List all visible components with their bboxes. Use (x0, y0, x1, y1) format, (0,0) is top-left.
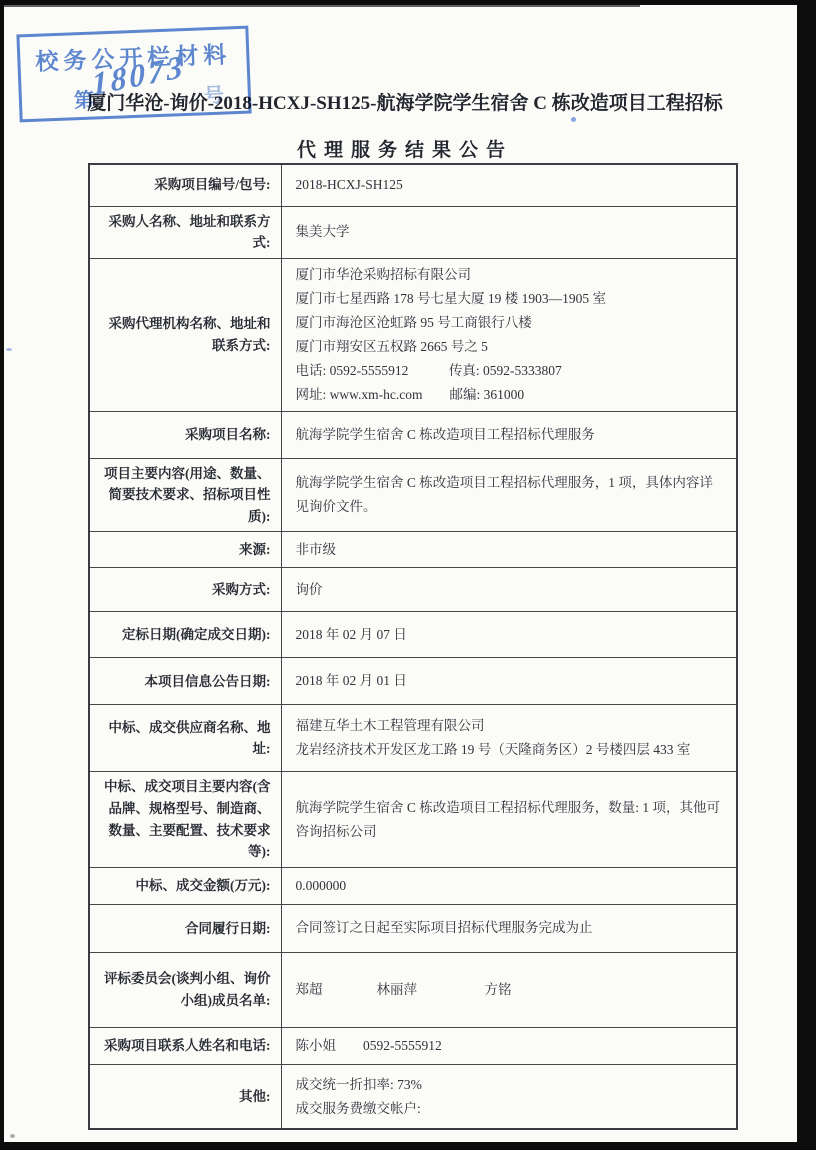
value-line: 福建互华土木工程管理有限公司 (296, 714, 727, 738)
row-label: 来源: (89, 532, 281, 568)
row-value: 航海学院学生宿舍 C 栋改造项目工程招标代理服务 (281, 411, 737, 458)
row-label: 采购人名称、地址和联系方式: (89, 206, 281, 258)
table-row: 其他:成交统一折扣率: 73%成交服务费缴交帐户: (89, 1064, 737, 1129)
row-label: 采购项目名称: (89, 411, 281, 458)
value-line: 电话: 0592-5555912 传真: 0592-5333807 (296, 359, 727, 383)
table-row: 来源:非市级 (89, 532, 737, 568)
row-label: 中标、成交供应商名称、地址: (89, 705, 281, 772)
value-line: 2018 年 02 月 01 日 (296, 669, 727, 693)
row-value: 航海学院学生宿舍 C 栋改造项目工程招标代理服务，1 项，具体内容详见询价文件。 (281, 458, 737, 532)
table-row: 合同履行日期:合同签订之日起至实际项目招标代理服务完成为止 (89, 904, 737, 952)
row-label: 采购项目编号/包号: (89, 164, 281, 206)
row-value: 合同签订之日起至实际项目招标代理服务完成为止 (281, 904, 737, 952)
value-line: 2018-HCXJ-SH125 (296, 173, 727, 197)
table-row: 中标、成交金额(万元):0.000000 (89, 867, 737, 904)
row-value: 2018 年 02 月 01 日 (281, 658, 737, 705)
scanned-document-page: 校务公开栏材料 第 号 18073 厦门华沧-询价-2018-HCXJ-SH12… (0, 0, 816, 1150)
value-line: 航海学院学生宿舍 C 栋改造项目工程招标代理服务，1 项，具体内容详见询价文件。 (296, 471, 727, 519)
value-line: 网址: www.xm-hc.com 邮编: 361000 (296, 383, 727, 407)
row-value: 2018 年 02 月 07 日 (281, 612, 737, 658)
ink-speck (6, 348, 12, 351)
value-line: 龙岩经济技术开发区龙工路 19 号（天隆商务区）2 号楼四层 433 室 (296, 738, 727, 762)
row-value: 成交统一折扣率: 73%成交服务费缴交帐户: (281, 1064, 737, 1129)
row-label: 中标、成交项目主要内容(含品牌、规格型号、制造商、数量、主要配置、技术要求等): (89, 772, 281, 867)
row-label: 定标日期(确定成交日期): (89, 612, 281, 658)
row-label: 其他: (89, 1064, 281, 1129)
row-label: 采购代理机构名称、地址和联系方式: (89, 258, 281, 411)
table-row: 中标、成交项目主要内容(含品牌、规格型号、制造商、数量、主要配置、技术要求等):… (89, 772, 737, 867)
row-label: 项目主要内容(用途、数量、简要技术要求、招标项目性质): (89, 458, 281, 532)
value-line: 合同签订之日起至实际项目招标代理服务完成为止 (296, 916, 727, 940)
row-value: 0.000000 (281, 867, 737, 904)
value-line: 2018 年 02 月 07 日 (296, 623, 727, 647)
registration-stamp: 校务公开栏材料 第 号 18073 (16, 26, 251, 123)
announcement-table: 采购项目编号/包号:2018-HCXJ-SH125采购人名称、地址和联系方式:集… (88, 163, 738, 1130)
table-row: 采购方式:询价 (89, 568, 737, 612)
ink-speck (10, 1134, 15, 1138)
row-label: 中标、成交金额(万元): (89, 867, 281, 904)
value-line: 厦门市翔安区五权路 2665 号之 5 (296, 335, 727, 359)
value-line: 郑超 林丽萍 方铭 (296, 978, 727, 1002)
table-row: 采购项目编号/包号:2018-HCXJ-SH125 (89, 164, 737, 206)
row-value: 航海学院学生宿舍 C 栋改造项目工程招标代理服务，数量: 1 项，其他可咨询招标… (281, 772, 737, 867)
row-label: 本项目信息公告日期: (89, 658, 281, 705)
row-label: 评标委员会(谈判小组、询价小组)成员名单: (89, 952, 281, 1027)
value-line: 厦门市海沧区沧虹路 95 号工商银行八楼 (296, 311, 727, 335)
table-row: 采购项目名称:航海学院学生宿舍 C 栋改造项目工程招标代理服务 (89, 411, 737, 458)
document-title-line2: 代理服务结果公告 (80, 135, 730, 162)
scan-edge-left (0, 0, 4, 1150)
scan-edge-top-shadow (0, 5, 640, 7)
table-row: 中标、成交供应商名称、地址:福建互华土木工程管理有限公司龙岩经济技术开发区龙工路… (89, 705, 737, 772)
row-value: 福建互华土木工程管理有限公司龙岩经济技术开发区龙工路 19 号（天隆商务区）2 … (281, 705, 737, 772)
table-row: 采购项目联系人姓名和电话:陈小姐 0592-5555912 (89, 1027, 737, 1064)
scan-edge-right (797, 0, 816, 1150)
table-row: 本项目信息公告日期:2018 年 02 月 01 日 (89, 658, 737, 705)
row-label: 采购方式: (89, 568, 281, 612)
value-line: 非市级 (296, 538, 727, 562)
scan-edge-bottom (0, 1142, 816, 1150)
value-line: 成交统一折扣率: 73% (296, 1073, 727, 1097)
value-line: 厦门市七星西路 178 号七星大厦 19 楼 1903—1905 室 (296, 287, 727, 311)
value-line: 询价 (296, 578, 727, 602)
row-value: 询价 (281, 568, 737, 612)
table-row: 采购人名称、地址和联系方式:集美大学 (89, 206, 737, 258)
announcement-table-body: 采购项目编号/包号:2018-HCXJ-SH125采购人名称、地址和联系方式:集… (89, 164, 737, 1129)
value-line: 厦门市华沧采购招标有限公司 (296, 263, 727, 287)
row-value: 集美大学 (281, 206, 737, 258)
row-label: 采购项目联系人姓名和电话: (89, 1027, 281, 1064)
value-line: 集美大学 (296, 220, 727, 244)
table-row: 采购代理机构名称、地址和联系方式:厦门市华沧采购招标有限公司厦门市七星西路 17… (89, 258, 737, 411)
value-line: 航海学院学生宿舍 C 栋改造项目工程招标代理服务，数量: 1 项，其他可咨询招标… (296, 796, 727, 844)
table-row: 评标委员会(谈判小组、询价小组)成员名单:郑超 林丽萍 方铭 (89, 952, 737, 1027)
value-line: 航海学院学生宿舍 C 栋改造项目工程招标代理服务 (296, 423, 727, 447)
row-value: 陈小姐 0592-5555912 (281, 1027, 737, 1064)
table-row: 定标日期(确定成交日期):2018 年 02 月 07 日 (89, 612, 737, 658)
row-label: 合同履行日期: (89, 904, 281, 952)
row-value: 厦门市华沧采购招标有限公司厦门市七星西路 178 号七星大厦 19 楼 1903… (281, 258, 737, 411)
row-value: 2018-HCXJ-SH125 (281, 164, 737, 206)
row-value: 非市级 (281, 532, 737, 568)
table-row: 项目主要内容(用途、数量、简要技术要求、招标项目性质):航海学院学生宿舍 C 栋… (89, 458, 737, 532)
value-line: 0.000000 (296, 874, 727, 898)
stamp-number-suffix: 号 (203, 79, 224, 109)
value-line: 成交服务费缴交帐户: (296, 1097, 727, 1121)
row-value: 郑超 林丽萍 方铭 (281, 952, 737, 1027)
value-line: 陈小姐 0592-5555912 (296, 1034, 727, 1058)
